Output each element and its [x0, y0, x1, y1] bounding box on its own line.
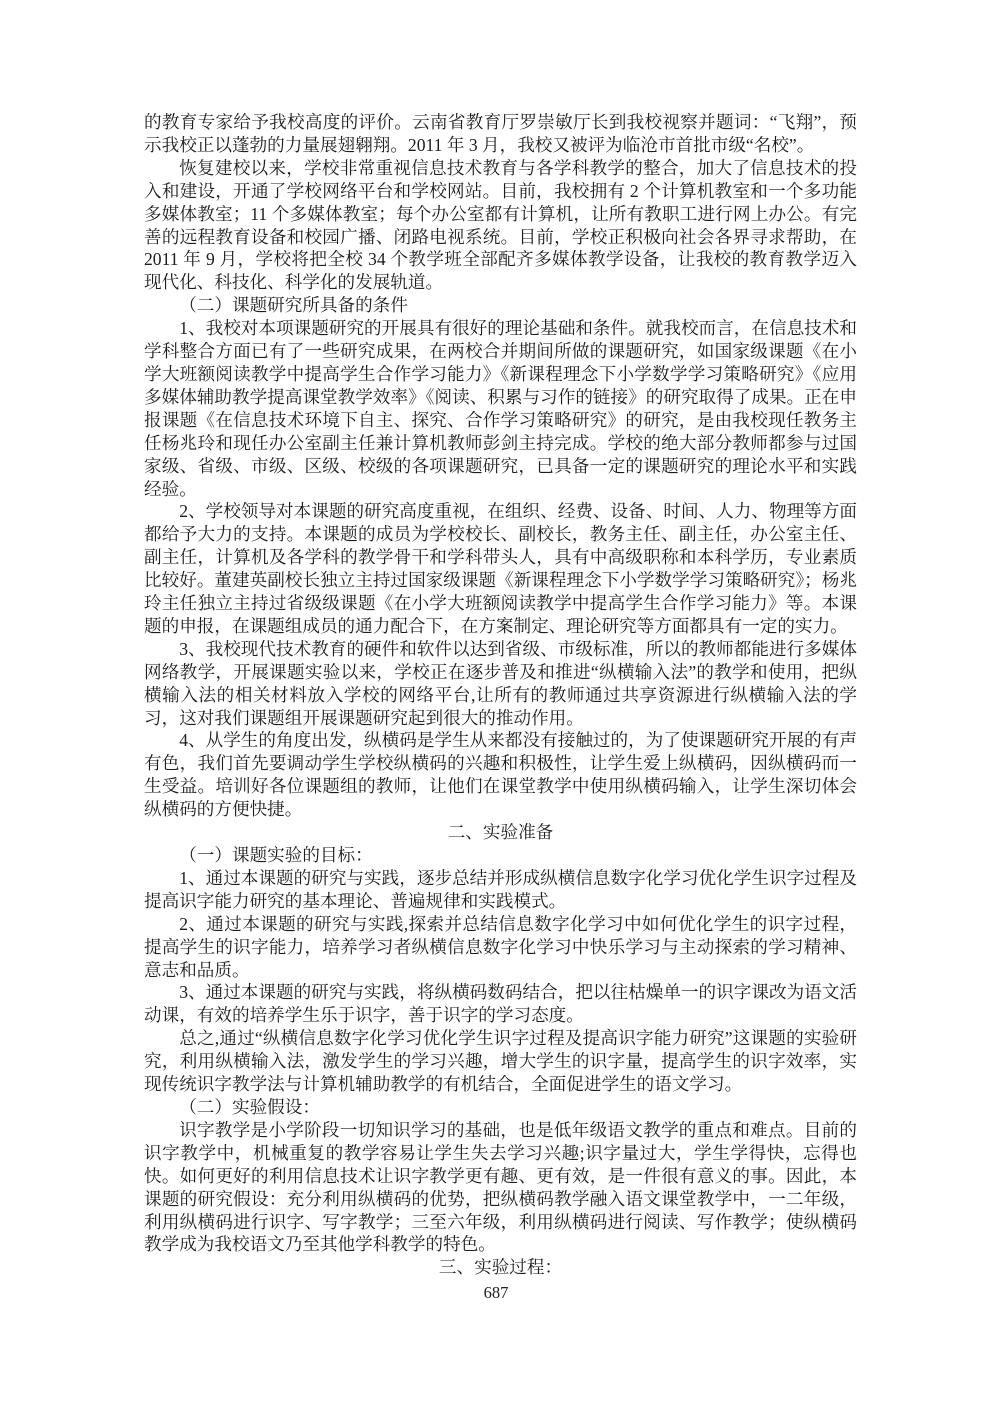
page-number: 687 [0, 1283, 992, 1303]
paragraph: 3、通过本课题的研究与实践，将纵横码数码结合，把以往枯燥单一的识字课改为语文活动… [144, 981, 857, 1027]
section-heading: 三、实验过程： [144, 1256, 857, 1279]
paragraph: 1、我校对本项课题研究的开展具有很好的理论基础和条件。就我校而言，在信息技术和学… [144, 317, 857, 500]
paragraph: 4、从学生的角度出发，纵横码是学生从来都没有接触过的，为了使课题研究开展的有声有… [144, 729, 857, 821]
document-body: 的教育专家给予我校高度的评价。云南省教育厅罗崇敏厅长到我校视察并题词：“飞翔”，… [144, 111, 857, 1279]
paragraph: 2、学校领导对本课题的研究高度重视，在组织、经费、设备、时间、人力、物理等方面都… [144, 500, 857, 637]
paragraph: 总之,通过“纵横信息数字化学习优化学生识字过程及提高识字能力研究”这课题的实验研… [144, 1027, 857, 1096]
paragraph: （二）实验假设： [144, 1096, 857, 1119]
paragraph: （一）课题实验的目标： [144, 844, 857, 867]
paragraph: 1、通过本课题的研究与实践，逐步总结并形成纵横信息数字化学习优化学生识字过程及提… [144, 867, 857, 913]
paragraph: 识字教学是小学阶段一切知识学习的基础，也是低年级语文教学的重点和难点。目前的识字… [144, 1119, 857, 1256]
paragraph: 3、我校现代技术教育的硬件和软件以达到省级、市级标准，所以的教师都能进行多媒体网… [144, 638, 857, 730]
section-heading: 二、实验准备 [144, 821, 857, 844]
paragraph: （二）课题研究所具备的条件 [144, 294, 857, 317]
paragraph: 的教育专家给予我校高度的评价。云南省教育厅罗崇敏厅长到我校视察并题词：“飞翔”，… [144, 111, 857, 157]
paragraph: 2、通过本课题的研究与实践,探索并总结信息数字化学习中如何优化学生的识字过程，提… [144, 913, 857, 982]
paragraph: 恢复建校以来，学校非常重视信息技术教育与各学科教学的整合，加大了信息技术的投入和… [144, 157, 857, 294]
document-page: 的教育专家给予我校高度的评价。云南省教育厅罗崇敏厅长到我校视察并题词：“飞翔”，… [0, 0, 992, 1403]
